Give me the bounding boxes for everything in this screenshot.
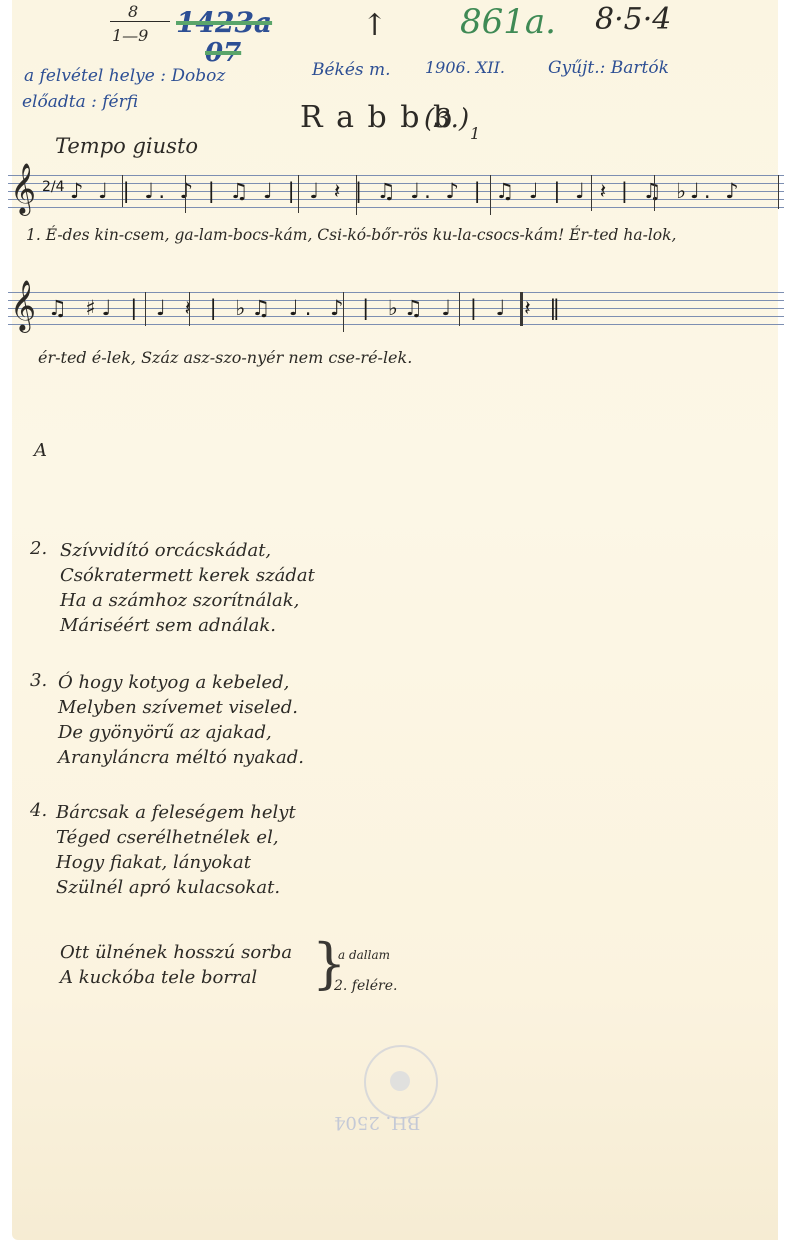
- notes-staff-1: ♪ ♩ | ♩. ♪ | ♫ ♩ | ♩ 𝄽 | ♫ ♩. ♪ | ♫ ♩ | …: [70, 179, 743, 204]
- struck-catalog-sub: 07: [205, 38, 241, 68]
- classification-number: 8·5·4: [595, 2, 671, 37]
- melody-note-top: a dallam: [338, 948, 390, 962]
- melody-code-paren: (3.): [424, 104, 469, 134]
- verse-line: Ó hogy kotyog a kebeled,: [58, 670, 304, 695]
- collector: Gyűjt.: Bartók: [548, 58, 669, 78]
- verse-line: Szülnél apró kulacsokat.: [56, 875, 296, 900]
- time-signature: 2/4: [42, 179, 65, 195]
- treble-clef-icon: 𝄞: [10, 280, 36, 331]
- verse-line: Máriséért sem adnálak.: [60, 613, 315, 638]
- extra-lines: Ott ülnének hosszú sorba A kuckóba tele …: [60, 940, 292, 990]
- verse-line: Ha a számhoz szorítnálak,: [60, 588, 315, 613]
- library-stamp: [364, 1045, 438, 1119]
- melody-code-sub: 1: [470, 124, 480, 143]
- verse-line: A kuckóba tele borral: [60, 965, 292, 990]
- arrow-up-icon: ↑: [362, 8, 387, 43]
- melody-note-bottom: 2. felére.: [334, 978, 397, 994]
- struck-catalog-number: 1423a: [176, 6, 272, 39]
- verse-line: Szívvidító orcácskádat,: [60, 538, 315, 563]
- verse-number: 4.: [30, 800, 47, 821]
- verse-line: Hogy fiakat, lányokat: [56, 850, 296, 875]
- stray-mark: A: [34, 440, 47, 461]
- catalog-number: 861a.: [460, 2, 556, 42]
- verse-line: Téged cserélhetnélek el,: [56, 825, 296, 850]
- lyrics-staff-1: 1. É-des kin-csem, ga-lam-bocs-kám, Csi-…: [26, 226, 676, 244]
- shelfmark: BH. 2504: [334, 1112, 420, 1133]
- verse-line: Ott ülnének hosszú sorba: [60, 940, 292, 965]
- fraction-top: 8: [128, 2, 138, 21]
- tempo-marking: Tempo giusto: [55, 134, 198, 158]
- verse-line: Aranyláncra méltó nyakad.: [58, 745, 304, 770]
- verse-line: Bárcsak a feleségem helyt: [56, 800, 296, 825]
- verse-line: De gyönyörű az ajakad,: [58, 720, 304, 745]
- notes-staff-2: ♫ ♯♩ | ♩ 𝄽 | ♭♫ ♩. ♪ | ♭♫ ♩ | ♩ 𝄽 ‖: [48, 296, 566, 321]
- staff-1: 𝄞 2/4 ♪ ♩ | ♩. ♪ | ♫ ♩ | ♩ 𝄽 | ♫ ♩. ♪ | …: [8, 175, 784, 215]
- verse-line: Csókratermett kerek szádat: [60, 563, 315, 588]
- verse-number: 2.: [30, 538, 47, 559]
- fraction-bottom: 1—9: [112, 26, 148, 45]
- collection-date: 1906. XII.: [425, 58, 505, 77]
- verse-number: 3.: [30, 670, 47, 691]
- verse-line: Melyben szívemet viseled.: [58, 695, 304, 720]
- county: Békés m.: [312, 60, 391, 80]
- staff-2: 𝄞 ♫ ♯♩ | ♩ 𝄽 | ♭♫ ♩. ♪ | ♭♫ ♩ | ♩ 𝄽 ‖: [8, 292, 784, 332]
- lyrics-staff-2: ér-ted é-lek, Száz asz-szo-nyér nem cse-…: [38, 348, 412, 367]
- fraction-line: [110, 21, 170, 22]
- performer: előadta : férfi: [22, 92, 138, 112]
- treble-clef-icon: 𝄞: [10, 163, 36, 214]
- recording-place: a felvétel helye : Doboz: [24, 66, 225, 86]
